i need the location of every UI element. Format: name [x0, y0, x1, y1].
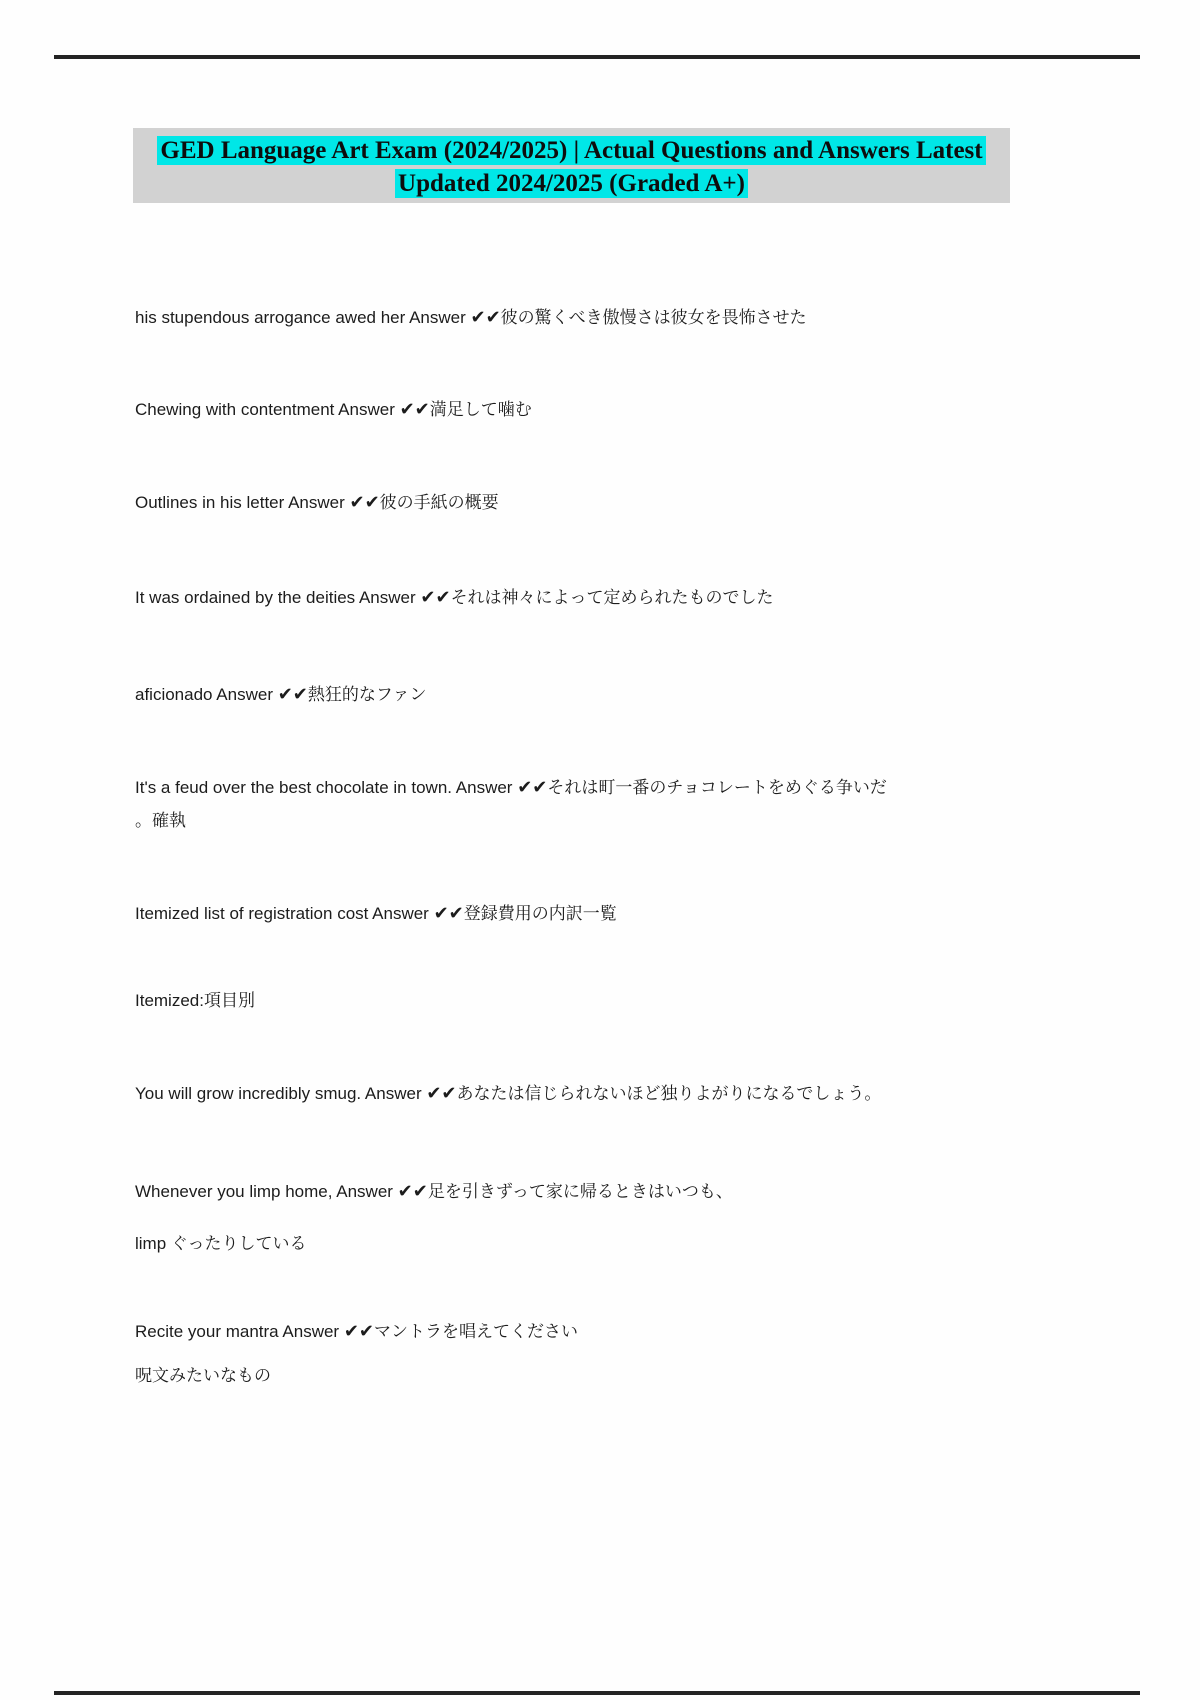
- qa-definition: limp ぐったりしている: [135, 1234, 307, 1253]
- qa-answer-jp: 。確執: [135, 811, 186, 830]
- qa-line: Itemized list of registration cost Answe…: [135, 900, 1145, 927]
- qa-question: You will grow incredibly smug. Answer: [135, 1084, 426, 1103]
- qa-line: Whenever you limp home, Answer ✔✔足を引きずって…: [135, 1178, 1145, 1205]
- qa-answer-jp: 足を引きずって家に帰るときはいつも、: [428, 1182, 733, 1201]
- qa-question: It's a feud over the best chocolate in t…: [135, 778, 517, 797]
- title-block: GED Language Art Exam (2024/2025) | Actu…: [133, 128, 1010, 203]
- qa-answer-jp: 彼の手紙の概要: [380, 493, 499, 512]
- qa-line-continuation: limp ぐったりしている: [135, 1231, 1145, 1257]
- qa-line: his stupendous arrogance awed her Answer…: [135, 304, 1145, 331]
- qa-question: aficionado Answer: [135, 685, 278, 704]
- qa-answer-jp: それは町一番のチョコレートをめぐる争いだ: [547, 778, 887, 797]
- title-line-2: Updated 2024/2025 (Graded A+): [133, 167, 1010, 200]
- double-checkmark-icon: ✔✔: [400, 399, 430, 419]
- double-checkmark-icon: ✔✔: [349, 492, 379, 512]
- qa-line-continuation: 。確執: [135, 808, 1145, 834]
- double-checkmark-icon: ✔✔: [420, 587, 450, 607]
- qa-answer-jp: 熱狂的なファン: [308, 685, 427, 704]
- qa-answer-jp: マントラを唱えてください: [374, 1322, 578, 1341]
- qa-line: Recite your mantra Answer ✔✔マントラを唱えてください: [135, 1318, 1145, 1345]
- qa-question: Itemized list of registration cost Answe…: [135, 904, 434, 923]
- qa-question: Outlines in his letter Answer: [135, 493, 349, 512]
- qa-question: Chewing with contentment Answer: [135, 400, 400, 419]
- qa-answer-jp: 彼の驚くべき傲慢さは彼女を畏怖させた: [501, 308, 807, 327]
- qa-line: It's a feud over the best chocolate in t…: [135, 774, 1145, 801]
- qa-question: It was ordained by the deities Answer: [135, 588, 420, 607]
- qa-question: his stupendous arrogance awed her Answer: [135, 308, 470, 327]
- qa-question: Whenever you limp home, Answer: [135, 1182, 398, 1201]
- qa-answer-jp: それは神々によって定められたものでした: [451, 588, 774, 607]
- double-checkmark-icon: ✔✔: [278, 684, 308, 704]
- bottom-horizontal-rule: [54, 1691, 1140, 1695]
- double-checkmark-icon: ✔✔: [398, 1181, 428, 1201]
- qa-line: aficionado Answer ✔✔熱狂的なファン: [135, 681, 1145, 708]
- double-checkmark-icon: ✔✔: [426, 1083, 456, 1103]
- qa-answer-jp: 登録費用の内訳一覧: [464, 904, 617, 923]
- qa-answer-jp: 満足して噛む: [430, 400, 532, 419]
- qa-line-continuation: 呪文みたいなもの: [135, 1363, 1145, 1389]
- title-line-1: GED Language Art Exam (2024/2025) | Actu…: [133, 134, 1010, 167]
- qa-line: You will grow incredibly smug. Answer ✔✔…: [135, 1080, 1145, 1107]
- title-highlight-line1: GED Language Art Exam (2024/2025) | Actu…: [157, 136, 985, 165]
- double-checkmark-icon: ✔✔: [517, 777, 547, 797]
- double-checkmark-icon: ✔✔: [470, 307, 500, 327]
- qa-line: Itemized:項目別: [135, 988, 1145, 1014]
- document-page: GED Language Art Exam (2024/2025) | Actu…: [0, 0, 1200, 1700]
- qa-definition: Itemized:項目別: [135, 991, 255, 1010]
- top-horizontal-rule: [54, 55, 1140, 59]
- qa-line: It was ordained by the deities Answer ✔✔…: [135, 584, 1145, 611]
- qa-definition: 呪文みたいなもの: [135, 1366, 271, 1385]
- double-checkmark-icon: ✔✔: [434, 903, 464, 923]
- qa-question: Recite your mantra Answer: [135, 1322, 344, 1341]
- double-checkmark-icon: ✔✔: [344, 1321, 374, 1341]
- qa-line: Chewing with contentment Answer ✔✔満足して噛む: [135, 396, 1145, 423]
- qa-line: Outlines in his letter Answer ✔✔彼の手紙の概要: [135, 489, 1145, 516]
- title-highlight-line2: Updated 2024/2025 (Graded A+): [395, 169, 748, 198]
- qa-answer-jp: あなたは信じられないほど独りよがりになるでしょう。: [457, 1084, 882, 1103]
